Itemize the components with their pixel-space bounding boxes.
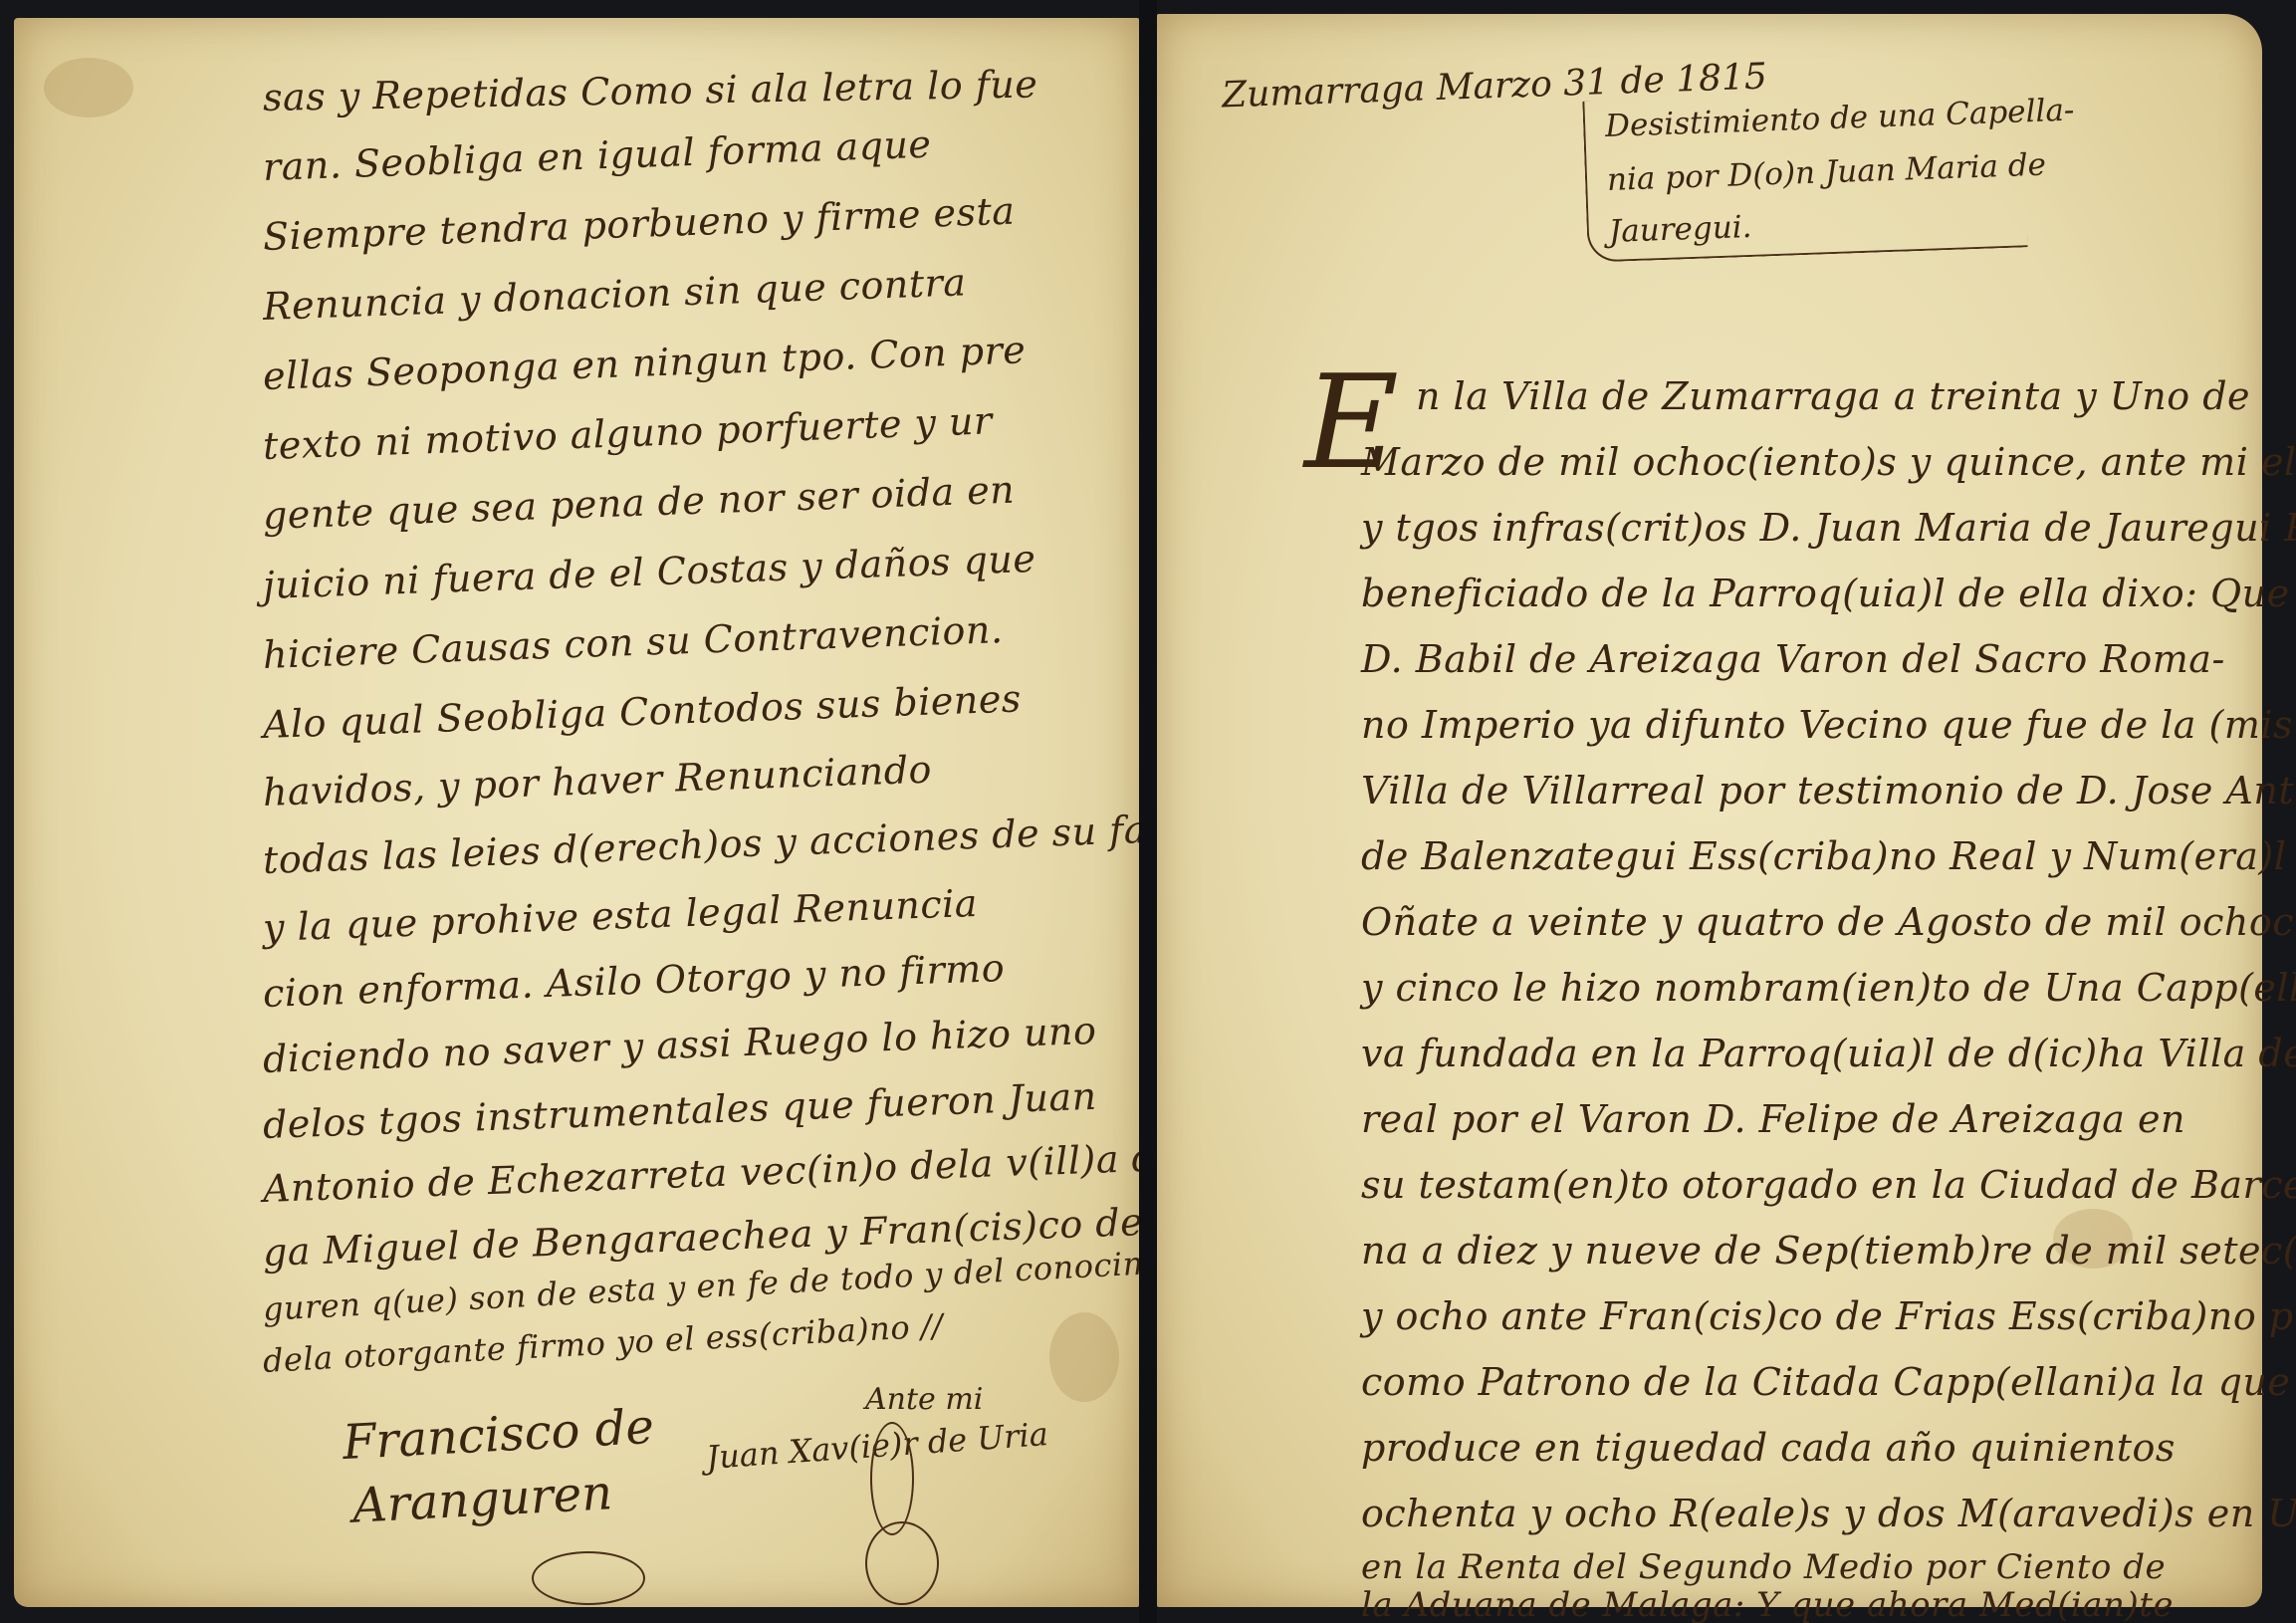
paper-stain bbox=[44, 58, 133, 117]
binding-gutter bbox=[1139, 0, 1157, 1623]
manuscript-line: ellas Seoponga en ningun tpo. Con pre bbox=[262, 328, 1027, 398]
right-page: Zumarraga Marzo 31 de 1815 Desistimiento… bbox=[1157, 14, 2262, 1607]
manuscript-line: diciendo no saver y assi Ruego lo hizo u… bbox=[262, 1009, 1097, 1081]
manuscript-line: hiciere Causas con su Contravencion. bbox=[262, 607, 1004, 677]
manuscript-line: de Balenzategui Ess(criba)no Real y Num(… bbox=[1361, 834, 2296, 878]
manuscript-line: Villa de Villarreal por testimonio de D.… bbox=[1361, 769, 2296, 812]
manuscript-line: Siempre tendra porbueno y firme esta bbox=[262, 189, 1016, 259]
paper-stain bbox=[1049, 1312, 1119, 1402]
manuscript-line: n la Villa de Zumarraga a treinta y Uno … bbox=[1416, 374, 2250, 418]
manuscript-line: real por el Varon D. Felipe de Areizaga … bbox=[1361, 1097, 2185, 1141]
manuscript-line: su testam(en)to otorgado en la Ciudad de… bbox=[1361, 1163, 2296, 1207]
manuscript-line: Oñate a veinte y quatro de Agosto de mil… bbox=[1361, 900, 2296, 944]
manuscript-line: no Imperio ya difunto Vecino que fue de … bbox=[1361, 703, 2296, 747]
manuscript-line: sas y Repetidas Como si ala letra lo fue bbox=[263, 62, 1038, 119]
manuscript-line: Alo qual Seobliga Contodos sus bienes bbox=[262, 676, 1022, 747]
notary-rubric bbox=[870, 1422, 914, 1535]
manuscript-line: juicio ni fuera de el Costas y daños que bbox=[262, 537, 1036, 607]
manuscript-line: na a diez y nueve de Sep(tiemb)re de mil… bbox=[1361, 1229, 2296, 1273]
manuscript-line: la Aduana de Malaga: Y que ahora Med(ian… bbox=[1361, 1585, 2174, 1623]
manuscript-line: como Patrono de la Citada Capp(ellani)a … bbox=[1361, 1360, 2290, 1404]
manuscript-line: en la Renta del Segundo Medio por Ciento… bbox=[1361, 1547, 2166, 1587]
manuscript-line: D. Babil de Areizaga Varon del Sacro Rom… bbox=[1361, 637, 2225, 681]
signature-flourish bbox=[532, 1551, 645, 1605]
notary-rubric-loop bbox=[865, 1521, 939, 1605]
signature-aranguren-line1: Francisco de bbox=[342, 1399, 655, 1471]
manuscript-line: y tgos infras(crit)os D. Juan Maria de J… bbox=[1361, 506, 2296, 550]
manuscript-line: va fundada en la Parroq(uia)l de d(ic)ha… bbox=[1361, 1032, 2296, 1075]
margin-note-line: nia por D(o)n Juan Maria de bbox=[1606, 147, 2046, 198]
manuscript-line: y ocho ante Fran(cis)co de Frias Ess(cri… bbox=[1361, 1294, 2296, 1338]
manuscript-line: Renuncia y donacion sin que contra bbox=[262, 260, 967, 329]
manuscript-line: Marzo de mil ochoc(iento)s y quince, ant… bbox=[1361, 440, 2296, 484]
left-page: sas y Repetidas Como si ala letra lo fue… bbox=[14, 18, 1139, 1607]
signature-aranguren-line2: Aranguren bbox=[351, 1465, 614, 1534]
manuscript-line: y cinco le hizo nombram(ien)to de Una Ca… bbox=[1361, 966, 2296, 1010]
manuscript-line: gente que sea pena de nor ser oida en bbox=[262, 468, 1016, 538]
manuscript-line: havidos, y por haver Renunciando bbox=[262, 748, 932, 814]
manuscript-line: ran. Seobliga en igual forma aque bbox=[262, 122, 932, 189]
manuscript-line: beneficiado de la Parroq(uia)l de ella d… bbox=[1361, 572, 2296, 615]
margin-note-line: Desistimiento de una Capella- bbox=[1605, 93, 2075, 144]
margin-note-line: Jauregui. bbox=[1608, 209, 1752, 250]
manuscript-line: todas las leies d(erech)os y acciones de… bbox=[262, 806, 1211, 882]
manuscript-line: ochenta y ocho R(eale)s y dos M(aravedi)… bbox=[1361, 1492, 2296, 1535]
manuscript-line: texto ni motivo alguno porfuerte y ur bbox=[262, 398, 993, 468]
manuscript-line: delos tgos instrumentales que fueron Jua… bbox=[262, 1074, 1097, 1147]
notary-signature-line1: Ante mi bbox=[865, 1382, 983, 1417]
margin-note-box: Desistimiento de una Capella- nia por D(… bbox=[1582, 86, 2027, 262]
manuscript-line: cion enforma. Asilo Otorgo y no firmo bbox=[262, 946, 1006, 1016]
manuscript-line: produce en tiguedad cada año quinientos bbox=[1361, 1426, 2176, 1470]
manuscript-line: y la que prohive esta legal Renuncia bbox=[262, 881, 978, 950]
